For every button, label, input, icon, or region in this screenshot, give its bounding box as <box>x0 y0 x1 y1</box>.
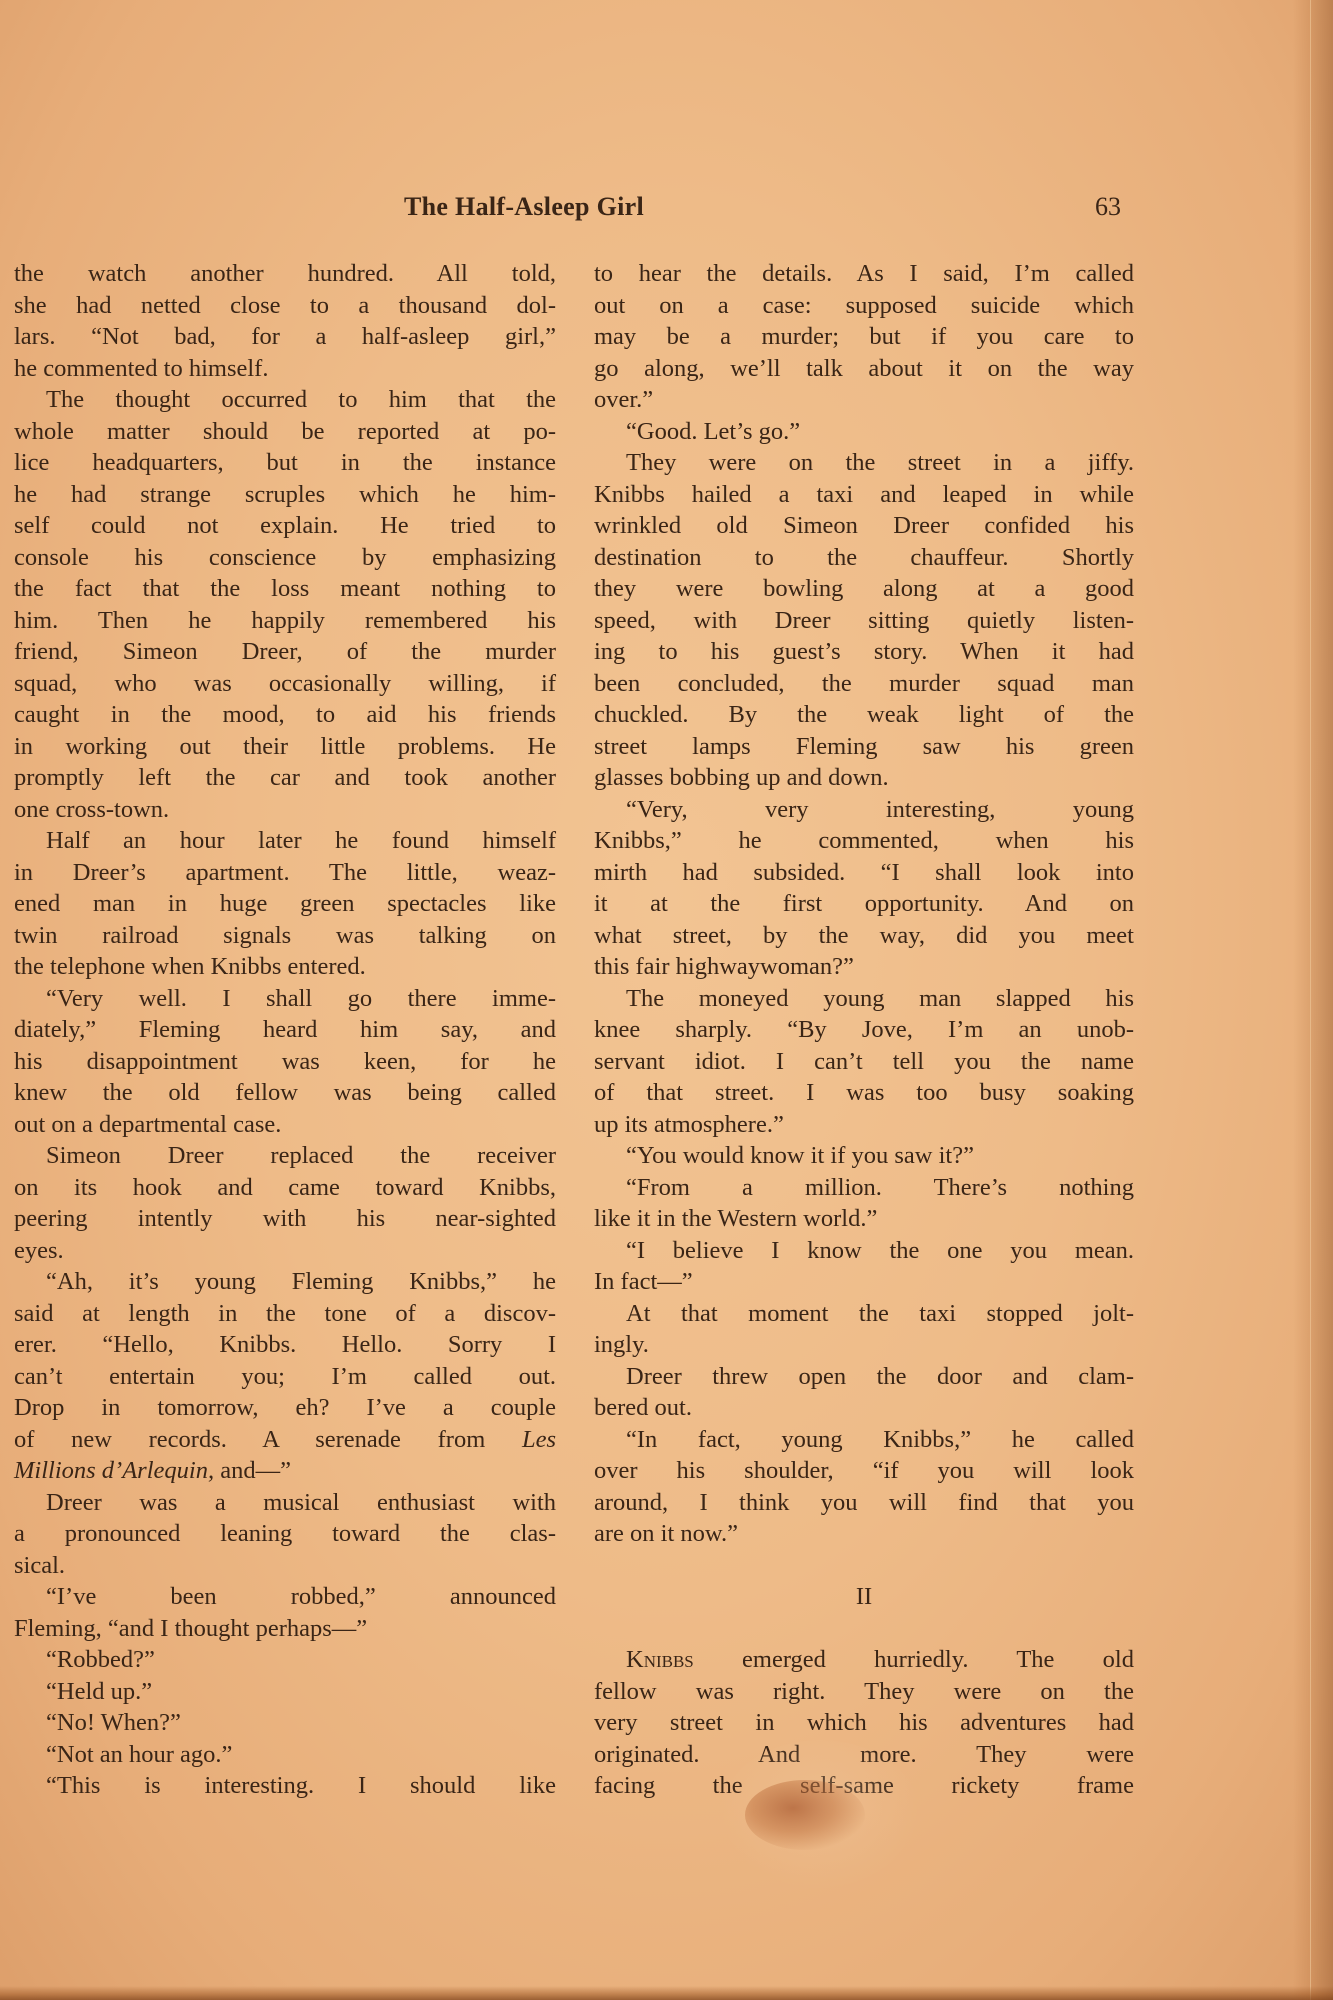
text-line: speed, with Dreer sitting quietly listen… <box>594 605 1134 637</box>
text-line: The thought occurred to him that the <box>14 384 556 416</box>
page-number: 63 <box>1095 192 1121 222</box>
text-line: “Held up.” <box>14 1676 556 1708</box>
text-line: the fact that the loss meant nothing to <box>14 573 556 605</box>
page-bottom-edge <box>0 1986 1333 2000</box>
text-line: like it in the Western world.” <box>594 1203 1134 1235</box>
text-line: mirth had subsided. “I shall look into <box>594 857 1134 889</box>
text-line: knew the old fellow was being called <box>14 1077 556 1109</box>
text-line: the watch another hundred. All told, <box>14 258 556 290</box>
text-line: self could not explain. He tried to <box>14 510 556 542</box>
text-line: in Dreer’s apartment. The little, weaz- <box>14 857 556 889</box>
text-line: chuckled. By the weak light of the <box>594 699 1134 731</box>
left-text-column: the watch another hundred. All told,she … <box>14 258 556 1802</box>
text-line: destination to the chauffeur. Shortly <box>594 542 1134 574</box>
text-line: street lamps Fleming saw his green <box>594 731 1134 763</box>
text-line: of new records. A serenade from Les <box>14 1424 556 1456</box>
text-line: “Not an hour ago.” <box>14 1739 556 1771</box>
text-line: up its atmosphere.” <box>594 1109 1134 1141</box>
text-line: around, I think you will find that you <box>594 1487 1134 1519</box>
text-line: servant idiot. I can’t tell you the name <box>594 1046 1134 1078</box>
text-line: out on a case: supposed suicide which <box>594 290 1134 322</box>
text-line: erer. “Hello, Knibbs. Hello. Sorry I <box>14 1329 556 1361</box>
text-line: fellow was right. They were on the <box>594 1676 1134 1708</box>
text-line: The moneyed young man slapped his <box>594 983 1134 1015</box>
text-line: go along, we’ll talk about it on the way <box>594 353 1134 385</box>
book-page: The Half-Asleep Girl 63 the watch anothe… <box>0 0 1333 2000</box>
text-line: caught in the mood, to aid his friends <box>14 699 556 731</box>
section-number: II <box>594 1581 1134 1613</box>
text-line: eyes. <box>14 1235 556 1267</box>
text-line: it at the first opportunity. And on <box>594 888 1134 920</box>
text-line: lars. “Not bad, for a half-asleep girl,” <box>14 321 556 353</box>
text-line: out on a departmental case. <box>14 1109 556 1141</box>
page-edge-rule <box>1310 0 1311 2000</box>
running-title: The Half-Asleep Girl <box>404 192 644 222</box>
text-line: been concluded, the murder squad man <box>594 668 1134 700</box>
text-line: console his conscience by emphasizing <box>14 542 556 574</box>
italic-title: Les <box>522 1426 556 1453</box>
text-line: diately,” Fleming heard him say, and <box>14 1014 556 1046</box>
text-line: “I’ve been robbed,” announced <box>14 1581 556 1613</box>
text-line: they were bowling along at a good <box>594 573 1134 605</box>
text-line: on its hook and came toward Knibbs, <box>14 1172 556 1204</box>
text-line: a pronounced leaning toward the clas- <box>14 1518 556 1550</box>
text-line: Millions d’Arlequin, and—” <box>14 1455 556 1487</box>
text-line: are on it now.” <box>594 1518 1134 1550</box>
text-line: originated. And more. They were <box>594 1739 1134 1771</box>
right-column-text-after-section: Knibbs emerged hurriedly. The oldfellow … <box>594 1644 1134 1802</box>
text-line: friend, Simeon Dreer, of the murder <box>14 636 556 668</box>
text-line: ingly. <box>594 1329 1134 1361</box>
text-line: she had netted close to a thousand dol- <box>14 290 556 322</box>
right-text-column: to hear the details. As I said, I’m call… <box>594 258 1134 1802</box>
text-line: sical. <box>14 1550 556 1582</box>
text-line: to hear the details. As I said, I’m call… <box>594 258 1134 290</box>
text-line: “In fact, young Knibbs,” he called <box>594 1424 1134 1456</box>
text-line: he commented to himself. <box>14 353 556 385</box>
text-line: him. Then he happily remembered his <box>14 605 556 637</box>
text-line: Knibbs,” he commented, when his <box>594 825 1134 857</box>
text-line: “Good. Let’s go.” <box>594 416 1134 448</box>
text-line: “Ah, it’s young Fleming Knibbs,” he <box>14 1266 556 1298</box>
text-line: “Very well. I shall go there imme- <box>14 983 556 1015</box>
text-line: Dreer was a musical enthusiast with <box>14 1487 556 1519</box>
text-line: of that street. I was too busy soaking <box>594 1077 1134 1109</box>
italic-title: Millions d’Arlequin, <box>14 1457 214 1484</box>
text-line: At that moment the taxi stopped jolt- <box>594 1298 1134 1330</box>
small-caps-word: Knibbs <box>626 1646 694 1673</box>
text-line: the telephone when Knibbs entered. <box>14 951 556 983</box>
text-line: They were on the street in a jiffy. <box>594 447 1134 479</box>
text-line: in working out their little problems. He <box>14 731 556 763</box>
text-line: In fact—” <box>594 1266 1134 1298</box>
text-line: whole matter should be reported at po- <box>14 416 556 448</box>
text-line: promptly left the car and took another <box>14 762 556 794</box>
text-line: very street in which his adventures had <box>594 1707 1134 1739</box>
text-line: one cross-town. <box>14 794 556 826</box>
text-line: “I believe I know the one you mean. <box>594 1235 1134 1267</box>
text-line: what street, by the way, did you meet <box>594 920 1134 952</box>
text-line: “No! When?” <box>14 1707 556 1739</box>
text-line: can’t entertain you; I’m called out. <box>14 1361 556 1393</box>
text-line: Drop in tomorrow, eh? I’ve a couple <box>14 1392 556 1424</box>
text-line: this fair highwaywoman?” <box>594 951 1134 983</box>
text-line: Half an hour later he found himself <box>14 825 556 857</box>
text-line: peering intently with his near-sighted <box>14 1203 556 1235</box>
text-line: glasses bobbing up and down. <box>594 762 1134 794</box>
text-line: wrinkled old Simeon Dreer confided his <box>594 510 1134 542</box>
text-line: “This is interesting. I should like <box>14 1770 556 1802</box>
text-line: over.” <box>594 384 1134 416</box>
text-line: Simeon Dreer replaced the receiver <box>14 1140 556 1172</box>
text-line: “From a million. There’s nothing <box>594 1172 1134 1204</box>
text-line: Knibbs emerged hurriedly. The old <box>594 1644 1134 1676</box>
text-line: Knibbs hailed a taxi and leaped in while <box>594 479 1134 511</box>
text-line: bered out. <box>594 1392 1134 1424</box>
text-line: “Robbed?” <box>14 1644 556 1676</box>
text-line: facing the self-same rickety frame <box>594 1770 1134 1802</box>
text-line: Dreer threw open the door and clam- <box>594 1361 1134 1393</box>
text-line: over his shoulder, “if you will look <box>594 1455 1134 1487</box>
text-line: said at length in the tone of a discov- <box>14 1298 556 1330</box>
text-line: squad, who was occasionally willing, if <box>14 668 556 700</box>
text-line: knee sharply. “By Jove, I’m an unob- <box>594 1014 1134 1046</box>
running-head: The Half-Asleep Girl 63 <box>0 192 1333 232</box>
text-line: “You would know it if you saw it?” <box>594 1140 1134 1172</box>
text-line: his disappointment was keen, for he <box>14 1046 556 1078</box>
text-line: Fleming, “and I thought perhaps—” <box>14 1613 556 1645</box>
text-line: ened man in huge green spectacles like <box>14 888 556 920</box>
right-column-text-before-section: to hear the details. As I said, I’m call… <box>594 258 1134 1550</box>
text-line: “Very, very interesting, young <box>594 794 1134 826</box>
text-line: twin railroad signals was talking on <box>14 920 556 952</box>
text-line: ing to his guest’s story. When it had <box>594 636 1134 668</box>
text-line: he had strange scruples which he him- <box>14 479 556 511</box>
text-line: lice headquarters, but in the instance <box>14 447 556 479</box>
text-line: may be a murder; but if you care to <box>594 321 1134 353</box>
